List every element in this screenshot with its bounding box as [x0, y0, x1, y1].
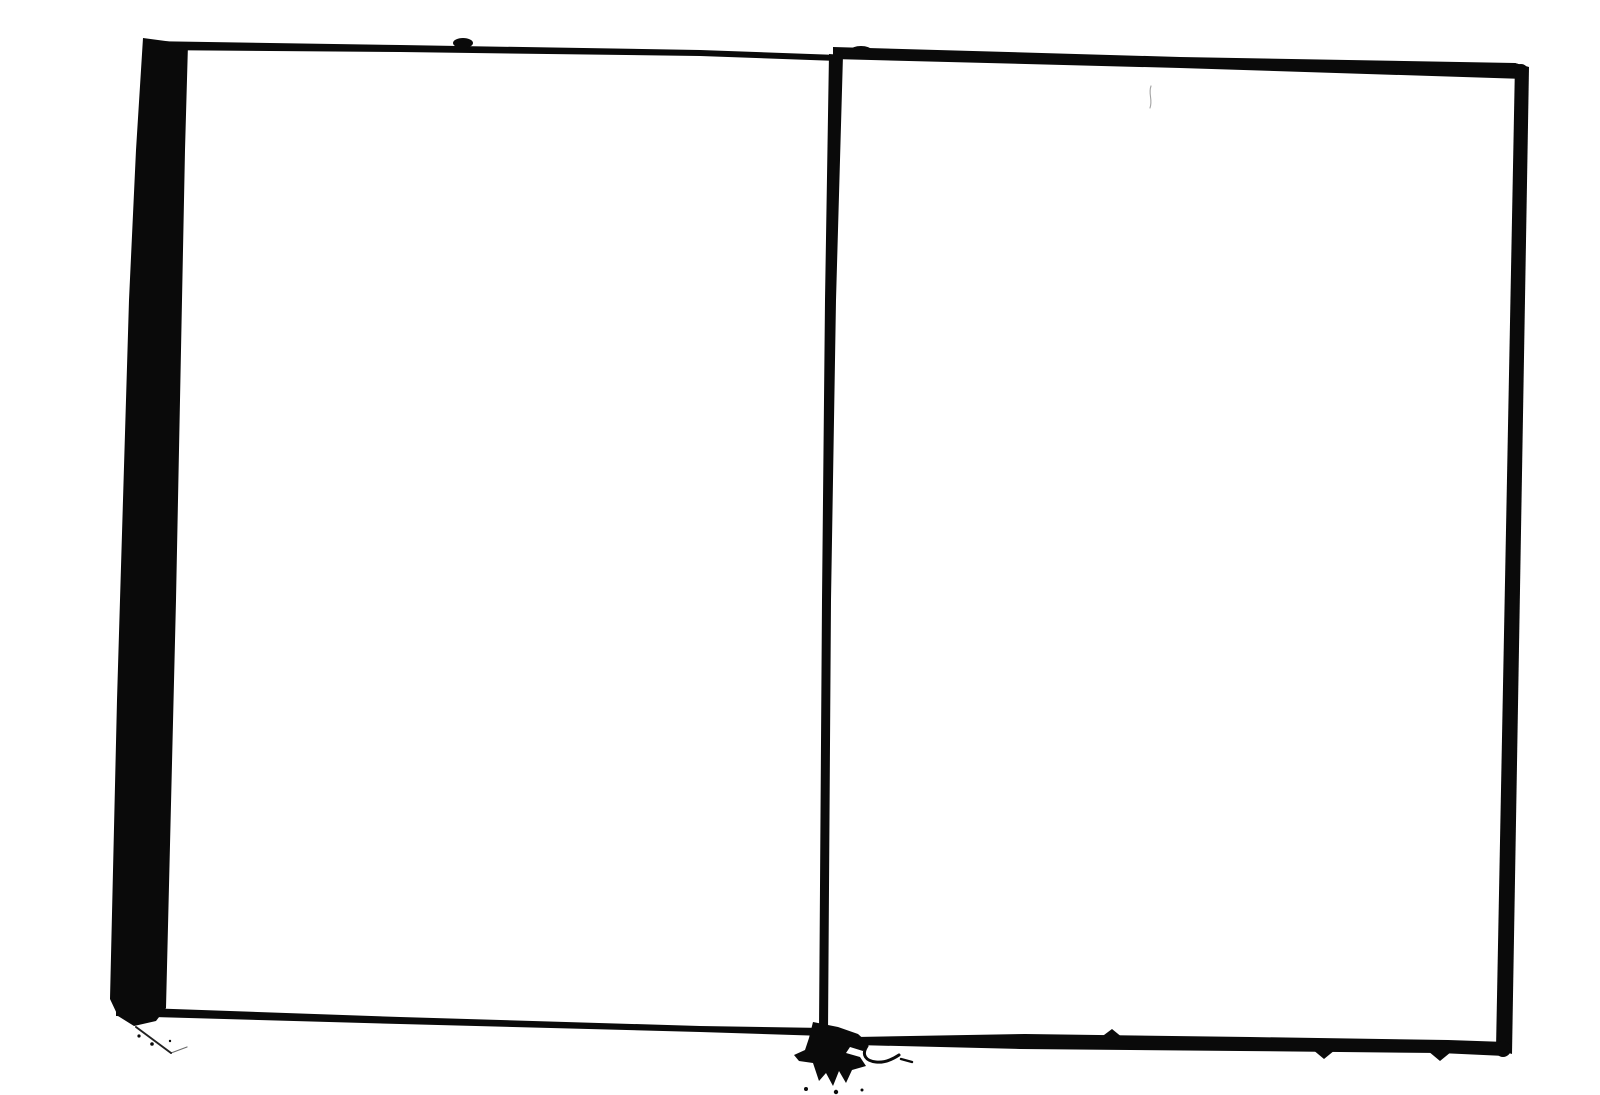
scan-noise-layer	[0, 0, 1600, 1095]
scanned-book-spread	[0, 0, 1600, 1095]
